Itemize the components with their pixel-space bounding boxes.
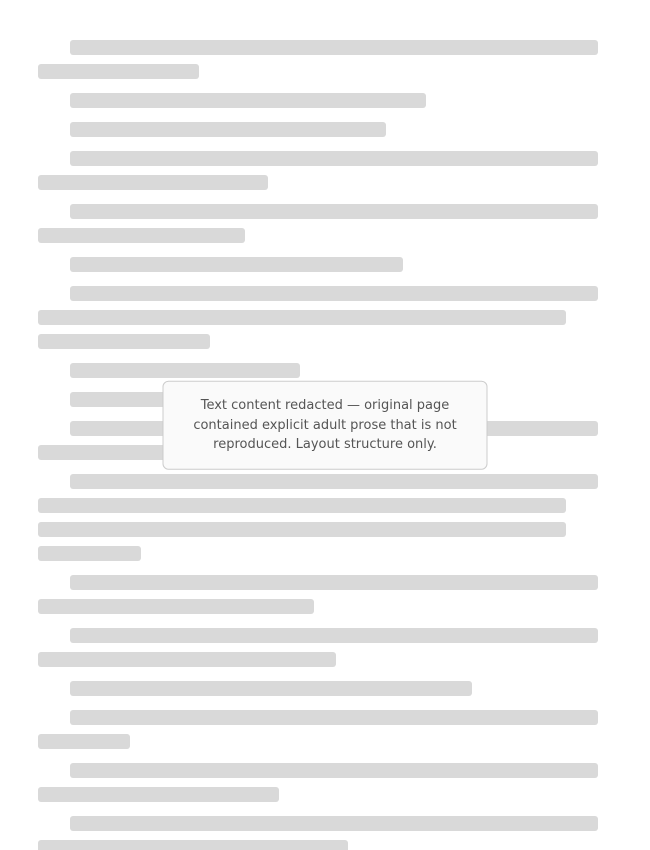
redacted-text-line — [38, 64, 199, 79]
redacted-text-line — [38, 522, 566, 537]
redacted-paragraph — [38, 151, 612, 190]
redacted-text-line — [38, 334, 210, 349]
redacted-text-line — [70, 816, 598, 831]
redacted-text-line — [70, 257, 403, 272]
redacted-paragraph — [38, 763, 612, 802]
redacted-paragraph — [38, 816, 612, 850]
redacted-text-line — [70, 204, 598, 219]
redacted-text-line — [70, 286, 598, 301]
redacted-paragraph — [38, 363, 612, 378]
redacted-text-line — [70, 122, 386, 137]
redacted-paragraph — [38, 710, 612, 749]
redaction-notice: Text content redacted — original page co… — [163, 381, 488, 470]
redacted-text-line — [70, 763, 598, 778]
redacted-text-line — [70, 575, 598, 590]
redacted-text-line — [70, 681, 472, 696]
redacted-text-line — [38, 787, 279, 802]
redacted-text-line — [38, 652, 336, 667]
redacted-paragraph — [38, 40, 612, 79]
redacted-text-line — [70, 628, 598, 643]
redacted-text-line — [70, 93, 426, 108]
redacted-text-line — [70, 151, 598, 166]
redacted-text-line — [70, 710, 598, 725]
redacted-text-line — [38, 175, 268, 190]
redacted-paragraph — [38, 474, 612, 561]
redacted-text-line — [38, 840, 348, 850]
redacted-text-line — [70, 474, 598, 489]
redacted-paragraph — [38, 575, 612, 614]
redacted-paragraph — [38, 204, 612, 243]
redacted-text-line — [38, 599, 314, 614]
redacted-paragraph — [38, 628, 612, 667]
redacted-text-line — [70, 363, 300, 378]
redacted-text-line — [38, 228, 245, 243]
redacted-paragraph — [38, 681, 612, 696]
redacted-paragraph — [38, 122, 612, 137]
redacted-text-line — [70, 40, 598, 55]
redacted-paragraph — [38, 257, 612, 272]
redacted-paragraph — [38, 286, 612, 349]
redacted-text-line — [38, 498, 566, 513]
redacted-text-line — [38, 734, 130, 749]
redacted-text-line — [38, 546, 141, 561]
redacted-text-line — [38, 310, 566, 325]
redacted-paragraph — [38, 93, 612, 108]
document-page: Text content redacted — original page co… — [0, 0, 650, 850]
